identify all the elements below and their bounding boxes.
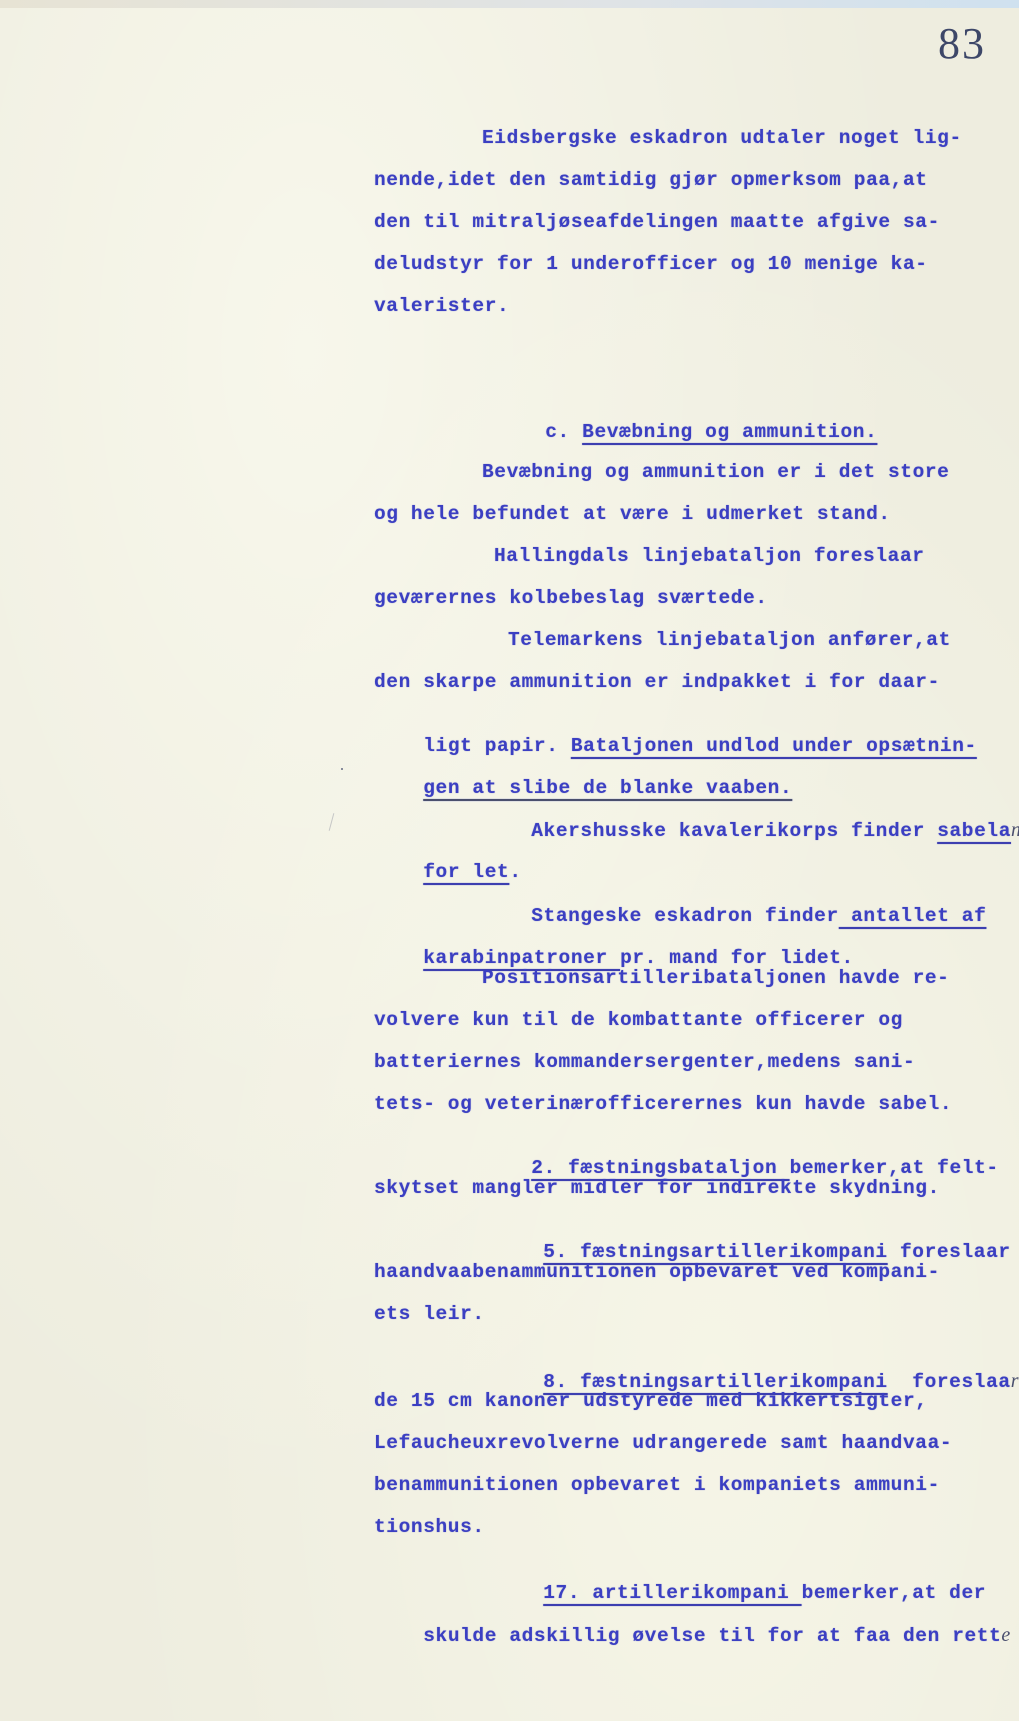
section-heading-title: Bevæbning og ammunition. [582, 421, 877, 443]
margin-pencil-mark [341, 768, 343, 770]
paragraph-3-line: Hallingdals linjebataljon foreslaar [494, 545, 925, 567]
margin-pencil-mark [329, 813, 335, 831]
paragraph-1-line: valerister. [374, 295, 509, 317]
plain-text: Akershusske kavalerikorps finder [531, 820, 937, 842]
plain-text: . [509, 861, 521, 883]
paragraph-10-line: tionshus. [374, 1516, 485, 1538]
underlined-text: for let [423, 861, 509, 883]
paragraph-11-line: skulde adskillig øvelse til for at faa d… [374, 1602, 1011, 1669]
paragraph-1-line: den til mitraljøseafdelingen maatte afgi… [374, 211, 940, 233]
paragraph-1-line: nende,idet den samtidig gjør opmerksom p… [374, 169, 928, 191]
paragraph-10-line: Lefaucheuxrevolverne udrangerede samt ha… [374, 1432, 952, 1454]
paragraph-4-line: den skarpe ammunition er indpakket i for… [374, 671, 940, 693]
paragraph-2-line: og hele befundet at være i udmerket stan… [374, 503, 891, 525]
paragraph-4-line: Telemarkens linjebataljon anfører,at [508, 629, 951, 651]
plain-text: skulde adskillig øvelse til for at faa d… [423, 1625, 1001, 1647]
paragraph-10-line: benammunitionen opbevaret i kompaniets a… [374, 1474, 940, 1496]
underlined-text: sabela [937, 820, 1011, 842]
paragraph-7-line: volvere kun til de kombattante officerer… [374, 1009, 903, 1031]
handwritten-correction: r [1011, 1370, 1019, 1392]
underlined-text: 5. fæstningsartillerikompani [543, 1241, 887, 1263]
plain-text: bemerker,at felt- [790, 1157, 999, 1179]
underlined-text: antallet af [839, 905, 987, 927]
paragraph-3-line: geværernes kolbebeslag sværtede. [374, 587, 768, 609]
underlined-text: gen at slibe de blanke vaaben. [423, 777, 792, 799]
paragraph-9-line: ets leir. [374, 1303, 485, 1325]
plain-text: pr. mand for lidet. [620, 947, 854, 969]
paragraph-10-line: de 15 cm kanoner udstyrede med kikkertsi… [374, 1390, 928, 1412]
paragraph-7-line: tets- og veterinærofficerernes kun havde… [374, 1093, 952, 1115]
underlined-text: karabinpatroner [423, 947, 620, 969]
plain-text: ligt papir. [423, 735, 571, 757]
plain-text: foreslaar [888, 1241, 1011, 1263]
plain-text: bemerker,at der [802, 1582, 987, 1604]
underlined-text: 2. fæstningsbataljon [531, 1157, 789, 1179]
paragraph-7-line: Positionsartilleribataljonen havde re- [482, 967, 949, 989]
paragraph-1-line: deludstyr for 1 underofficer og 10 menig… [374, 253, 928, 275]
paragraph-9-line: haandvaabenammunitionen opbevaret ved ko… [374, 1261, 940, 1283]
document-page: 83 Eidsbergske eskadron udtaler noget li… [0, 8, 1019, 1721]
plain-text: Stangeske eskadron finder [531, 905, 839, 927]
page-number: 83 [938, 18, 986, 69]
section-heading-prefix: c. [545, 421, 570, 443]
section-heading: c. Bevæbning og ammunition. [496, 399, 877, 465]
paragraph-5-line: Akershusske kavalerikorps finder sabelan [482, 797, 1019, 864]
handwritten-correction: n [1011, 819, 1019, 841]
paragraph-2-line: Bevæbning og ammunition er i det store [482, 461, 949, 483]
paragraph-7-line: batteriernes kommandersergenter,medens s… [374, 1051, 915, 1073]
paragraph-8-line: skytset mangler midler for indirekte sky… [374, 1177, 940, 1199]
paragraph-1-line: Eidsbergske eskadron udtaler noget lig- [482, 127, 962, 149]
underlined-text: Bataljonen undlod under opsætnin- [571, 735, 977, 757]
handwritten-correction: e [1001, 1624, 1010, 1646]
underlined-text: 17. artillerikompani [543, 1582, 801, 1604]
